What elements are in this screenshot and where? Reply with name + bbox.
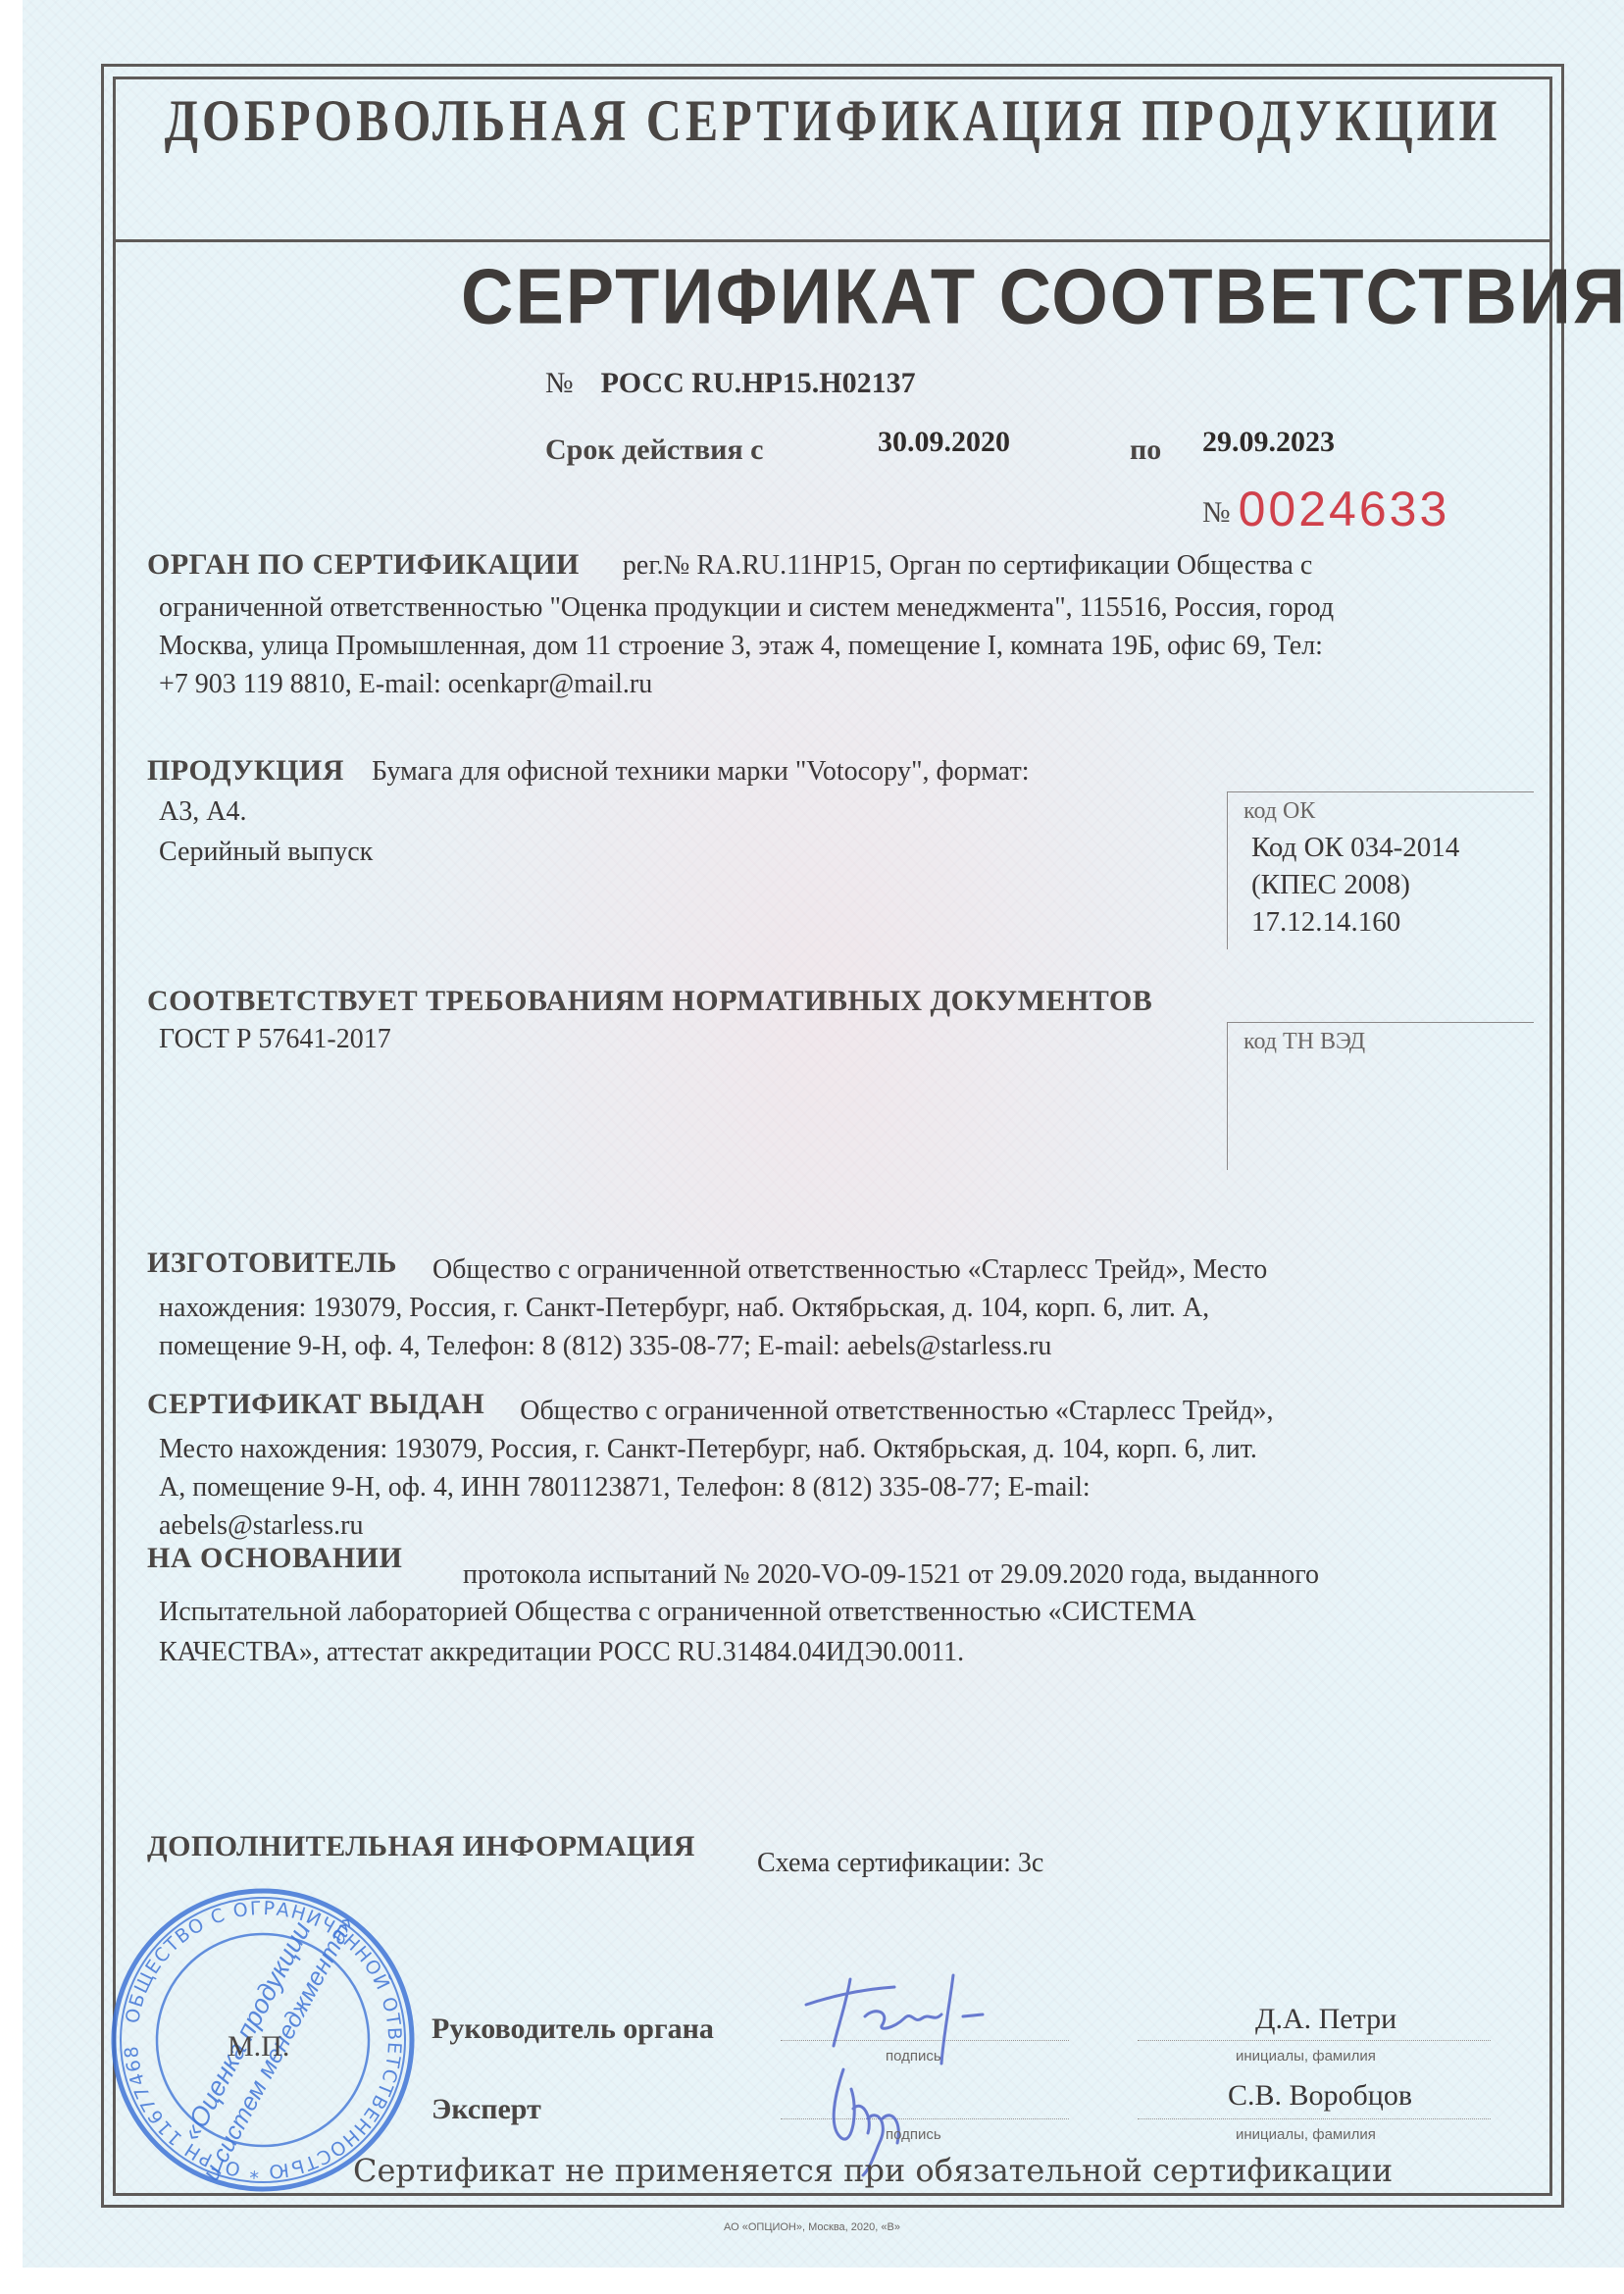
manufacturer-line: помещение 9-Н, оф. 4, Телефон: 8 (812) 3… [159,1327,1520,1365]
certification-body-section: ОРГАН ПО СЕРТИФИКАЦИИ рег.№ RA.RU.11HP15… [147,545,1500,703]
certificate-number-row: №РОСС RU.HP15.H02137 [545,367,916,400]
basis-line: Испытательной лабораторией Общества с ог… [159,1593,1520,1631]
validity-label: Срок действия с [545,433,764,467]
valid-to-label: по [1130,433,1161,467]
product-line: Серийный выпуск [159,833,1187,871]
additional-info-label: ДОПОЛНИТЕЛЬНАЯ ИНФОРМАЦИЯ [147,1830,695,1863]
certificate-title: СЕРТИФИКАТ СООТВЕТСТВИЯ [461,251,1624,341]
basis-line: КАЧЕСТВА», аттестат аккредитации РОСС RU… [159,1633,1520,1671]
issued-to-line: aebels@starless.ru [159,1506,1520,1545]
valid-from-date: 30.09.2020 [878,426,1010,459]
manufacturer-line: нахождения: 193079, Россия, г. Санкт-Пет… [159,1289,1520,1327]
certification-body-line: ограниченной ответственностью "Оценка пр… [159,588,1500,627]
certification-body-label: ОРГАН ПО СЕРТИФИКАЦИИ [147,548,580,581]
basis-line: протокола испытаний № 2020-VO-09-1521 от… [463,1555,1319,1594]
stamp-place-label: М.П. [228,2030,289,2064]
kod-ok-line: (КПЕС 2008) [1251,866,1534,903]
kod-ok-box: код ОК Код ОК 034-2014 (КПЕС 2008) 17.12… [1227,791,1534,949]
issued-to-line: А, помещение 9-Н, оф. 4, ИНН 7801123871,… [159,1468,1520,1506]
product-section: ПРОДУКЦИЯ Бумага для офисной техники мар… [147,751,1187,871]
expert-signature-caption: подпись [886,2126,941,2143]
header-divider [113,239,1552,242]
serial-number-value: 0024633 [1239,482,1450,536]
manufacturer-label: ИЗГОТОВИТЕЛЬ [147,1247,397,1279]
valid-to-date: 29.09.2023 [1202,426,1335,459]
basis-section: НА ОСНОВАНИИ протокола испытаний № 2020-… [147,1542,1520,1671]
head-name-caption: инициалы, фамилия [1236,2048,1376,2065]
product-label: ПРОДУКЦИЯ [147,754,344,787]
conformity-label: СООТВЕТСТВУЕТ ТРЕБОВАНИЯМ НОРМАТИВНЫХ ДО… [147,985,1187,1018]
certificate-number: РОСС RU.HP15.H02137 [601,367,916,399]
manufacturer-line: Общество с ограниченной ответственностью… [432,1254,1267,1285]
expert-name: С.В. Воробцов [1228,2079,1412,2113]
certification-scheme: Схема сертификации: 3с [757,1844,1043,1882]
head-name: Д.А. Петри [1255,2003,1396,2036]
kod-ok-line: Код ОК 034-2014 [1251,829,1534,866]
certification-body-line: Москва, улица Промышленная, дом 11 строе… [159,627,1500,665]
product-line: А3, А4. [159,792,1187,831]
expert-label: Эксперт [431,2093,541,2126]
voluntary-only-note: Сертификат не применяется при обязательн… [353,2152,1393,2189]
certification-body-line: рег.№ RA.RU.11HP15, Орган по сертификаци… [623,550,1312,581]
certification-body-line: +7 903 119 8810, E-mail: ocenkapr@mail.r… [159,665,1500,703]
product-line: Бумага для офисной техники марки "Votoco… [372,756,1030,787]
number-sign: № [545,367,574,399]
issued-to-label: СЕРТИФИКАТ ВЫДАН [147,1388,484,1420]
expert-name-line [1138,2118,1491,2119]
issued-to-line: Общество с ограниченной ответственностью… [520,1396,1273,1426]
kod-tn-ved-caption: код ТН ВЭД [1243,1029,1534,1055]
serial-number-sign: № [1202,496,1231,529]
kod-ok-line: 17.12.14.160 [1251,903,1534,941]
manufacturer-section: ИЗГОТОВИТЕЛЬ Общество с ограниченной отв… [147,1244,1520,1365]
voluntary-certification-title: ДОБРОВОЛЬНАЯ СЕРТИФИКАЦИЯ ПРОДУКЦИИ [113,86,1552,155]
head-of-body-label: Руководитель органа [431,2013,714,2046]
conformity-section: СООТВЕТСТВУЕТ ТРЕБОВАНИЯМ НОРМАТИВНЫХ ДО… [147,985,1187,1058]
kod-ok-caption: код ОК [1243,798,1534,825]
form-serial-number: №0024633 [1202,481,1449,537]
printer-imprint: АО «ОПЦИОН», Москва, 2020, «В» [0,2221,1624,2233]
kod-tn-ved-box: код ТН ВЭД [1227,1022,1534,1170]
head-name-line [1138,2040,1491,2041]
issued-to-section: СЕРТИФИКАТ ВЫДАН Общество с ограниченной… [147,1385,1520,1545]
standard-reference: ГОСТ Р 57641-2017 [159,1020,1187,1058]
expert-name-caption: инициалы, фамилия [1236,2126,1376,2143]
issued-to-line: Место нахождения: 193079, Россия, г. Сан… [159,1430,1520,1468]
